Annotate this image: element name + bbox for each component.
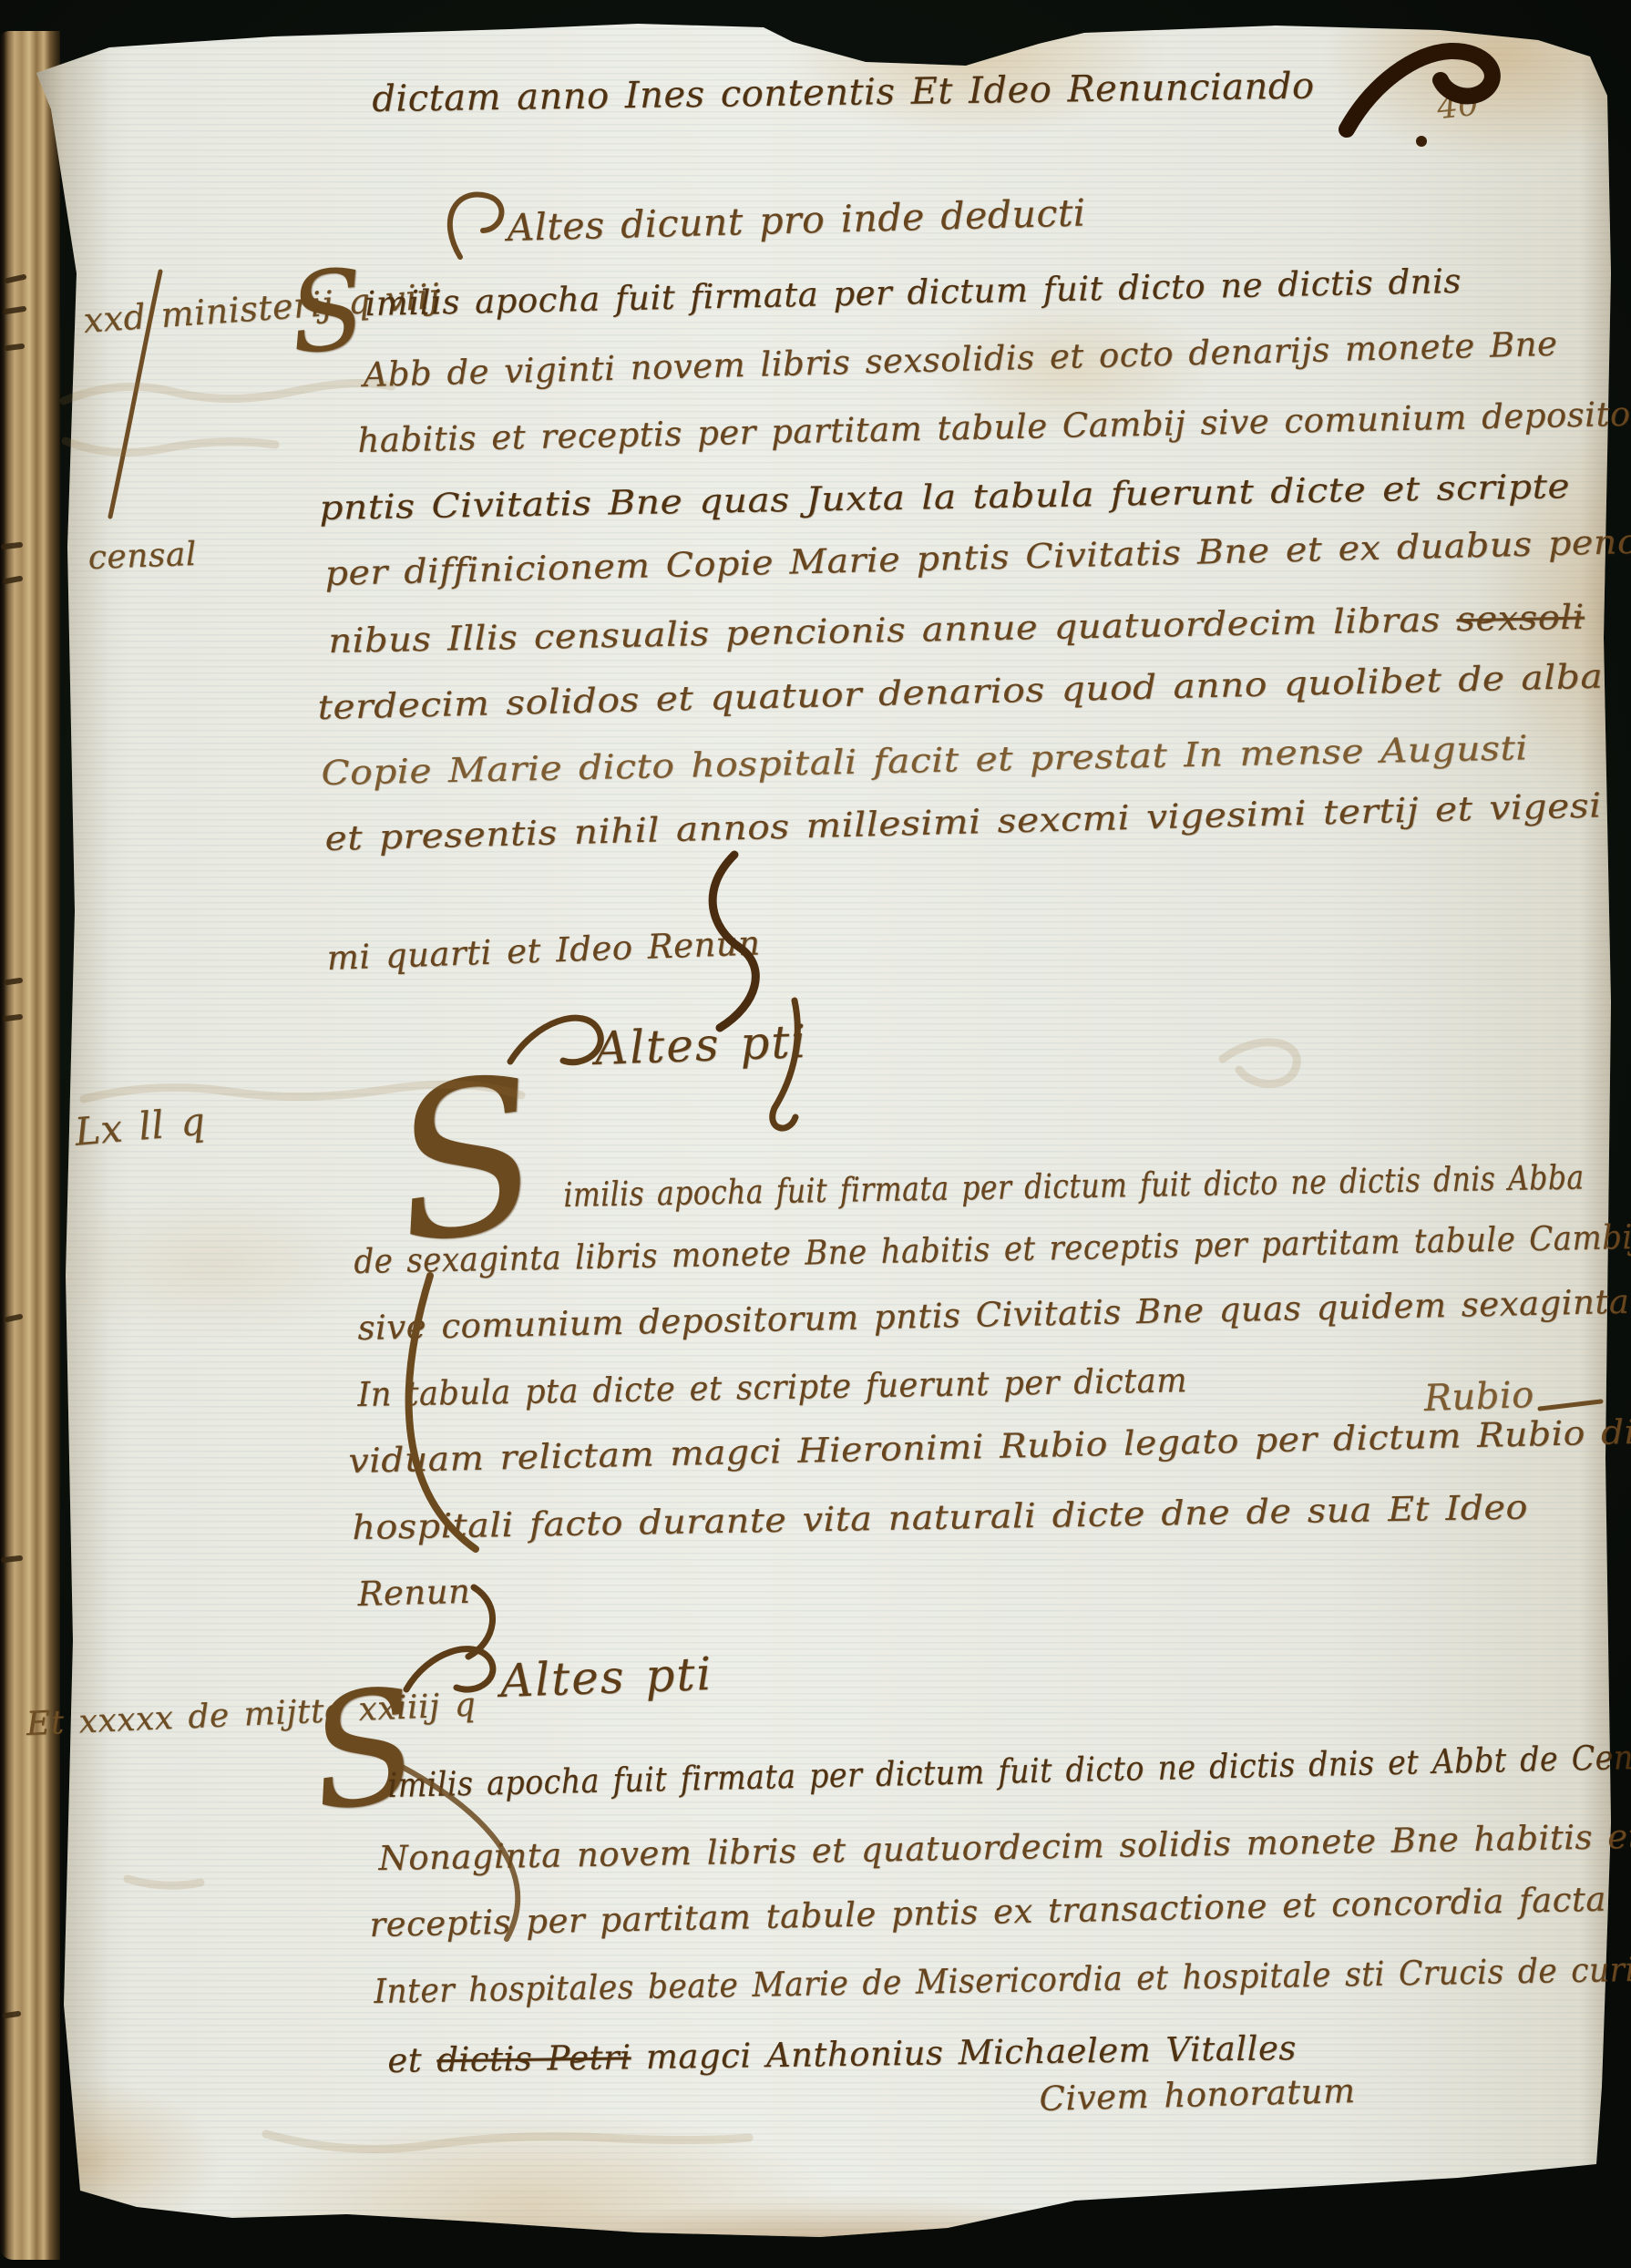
ink-flourish xyxy=(1540,1401,1601,1409)
ink-flourish xyxy=(363,1748,518,1939)
ink-flourish xyxy=(713,855,755,1028)
ink-flourish xyxy=(450,195,502,257)
ink-flourishes-layer xyxy=(0,0,1631,2268)
ink-flourish xyxy=(409,1276,476,1549)
ink-flourish xyxy=(773,1001,798,1128)
ink-dot xyxy=(1416,136,1427,147)
manuscript-photo: 40 dictam anno Ines contentis Et Ideo Re… xyxy=(0,0,1631,2268)
ink-flourish xyxy=(510,1018,600,1062)
ink-flourish xyxy=(110,272,160,517)
ink-flourish xyxy=(1347,51,1493,129)
ghost-writing xyxy=(64,384,1297,2150)
ink-flourish xyxy=(406,1649,493,1689)
page-edge-ink-marks xyxy=(4,277,24,2016)
